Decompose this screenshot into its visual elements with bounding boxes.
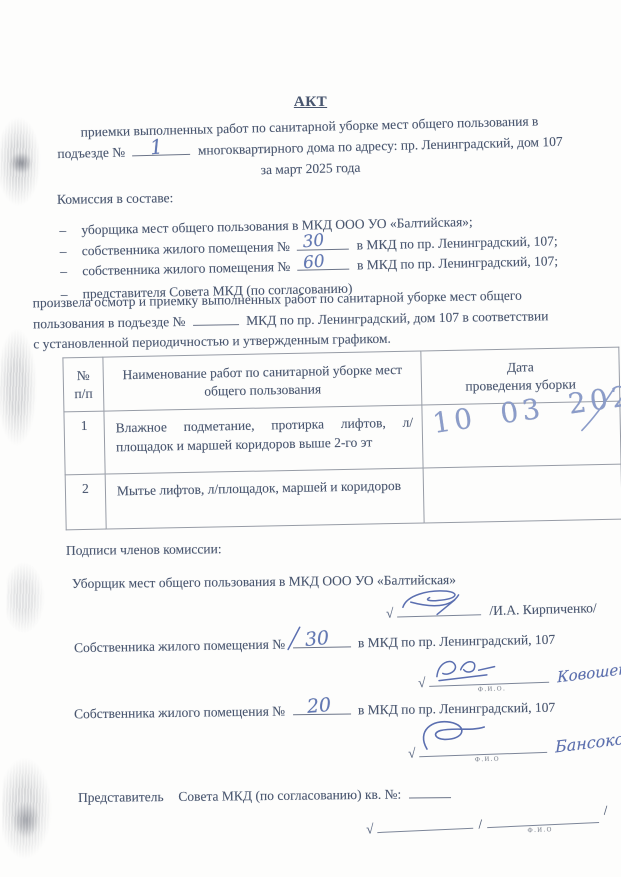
- signature-scribble: [430, 650, 501, 684]
- representative-apartment-blank: [409, 784, 451, 798]
- cleaner-signature-row: √ /И.А. Кирпиченко/: [386, 598, 597, 622]
- body-line-2-before: пользования в подъезде №: [33, 313, 186, 330]
- check-mark: √: [366, 821, 374, 837]
- signature-scribble: [395, 585, 484, 617]
- signature-scribble: [414, 713, 493, 756]
- owner1-handwritten-name: Ковошенкова: [557, 655, 621, 686]
- representative-label-part1: Представитель: [78, 789, 164, 805]
- document-title: АКТ: [294, 94, 327, 110]
- owner2-apartment-blank: 20: [292, 700, 350, 715]
- owner2-apartment-handwritten: 20: [306, 694, 332, 718]
- header-cell-work: Наименование работ по санитарной уборке …: [103, 351, 422, 411]
- owner1-signature-line: Ф.И.О.: [429, 669, 549, 687]
- owner2-signature-line: Ф.И.О: [419, 739, 547, 757]
- fio-label: Ф.И.О: [475, 755, 501, 763]
- apartment-number-blank: 30: [297, 235, 349, 250]
- entrance-number-blank-empty: [193, 311, 239, 326]
- owner1-label-before: Собственника жилого помещения №: [74, 637, 285, 656]
- slash-separator: /: [478, 816, 482, 832]
- dash-marker: –: [60, 241, 82, 262]
- document-page: АКТ приемки выполненных работ по санитар…: [0, 0, 621, 877]
- dash-marker: –: [60, 261, 82, 282]
- apartment-number-blank: 60: [297, 256, 349, 271]
- row2-work-text: Мытье лифтов, л/площадок, маршей и корид…: [107, 469, 423, 500]
- dash-marker: –: [59, 220, 81, 241]
- table-row: 1 Влажное подметание, протирка лифтов, л…: [64, 401, 621, 475]
- owner2-handwritten-name: Бансокова Т.Ч: [555, 723, 621, 757]
- representative-fio-line: Ф.И.О: [487, 809, 600, 828]
- representative-signature-line: [377, 815, 474, 833]
- row2-num: 2: [65, 474, 106, 530]
- check-mark: √: [418, 675, 426, 691]
- fio-label: Ф.И.О.: [478, 685, 507, 693]
- intro-line-2-before: подъезде №: [57, 145, 125, 162]
- entrance-number-blank: 1: [132, 141, 190, 156]
- owner2-label-before: Собственника жилого помещения №: [74, 703, 285, 721]
- pen-check-stroke: [285, 625, 301, 651]
- signatures-heading: Подписи членов комиссии:: [66, 541, 222, 559]
- member-text-before: собственника жилого помещения №: [82, 238, 290, 257]
- row1-date: 10 03 2025: [422, 401, 621, 468]
- apartment-number-handwritten: 30: [302, 230, 325, 252]
- row2-work: Мытье лифтов, л/площадок, маршей и корид…: [105, 468, 424, 529]
- row1-work: Влажное подметание, протирка лифтов, л/п…: [104, 405, 424, 474]
- pen-tail-stroke: [577, 388, 618, 435]
- header-num-line2: п/п: [65, 384, 102, 403]
- cleaner-signature-line: [397, 601, 481, 617]
- owner1-apartment-blank: 30: [292, 633, 350, 648]
- owner2-signature-row: √ Ф.И.О Бансокова Т.Ч: [408, 733, 621, 761]
- owner1-signature-row: √ Ф.И.О. Ковошенкова: [418, 665, 621, 692]
- row1-work-text: Влажное подметание, протирка лифтов, л/п…: [105, 406, 421, 470]
- works-table: № п/п Наименование работ по санитарной у…: [62, 347, 621, 531]
- commission-heading: Комиссия в составе:: [57, 190, 174, 208]
- slash-end: /: [603, 803, 607, 819]
- entrance-number-handwritten: 1: [149, 136, 164, 158]
- representative-signature-row: √ / Ф.И.О /: [366, 808, 614, 837]
- owner1-apartment-handwritten: 30: [304, 627, 330, 651]
- header-cell-num: № п/п: [63, 357, 104, 412]
- intro-paragraph: приемки выполненных работ по санитарной …: [29, 109, 590, 186]
- row2-date: [423, 464, 621, 523]
- apartment-number-handwritten: 60: [303, 251, 326, 273]
- member-text-after: в МКД по пр. Ленинградский, 107;: [357, 253, 558, 272]
- table-row: 2 Мытье лифтов, л/площадок, маршей и кор…: [65, 464, 621, 530]
- scan-smudge-bottom-dark: [8, 790, 44, 850]
- body-line-2-after: МКД по пр. Ленинградский, дом 107 в соот…: [246, 308, 548, 328]
- header-num-line1: №: [65, 366, 102, 385]
- cleaner-name: /И.А. Кирпиченко/: [489, 600, 597, 619]
- check-mark: √: [386, 606, 394, 622]
- fio-label: Ф.И.О: [527, 826, 553, 834]
- row1-num: 1: [64, 411, 105, 475]
- member-text-before: собственника жилого помещения №: [82, 259, 290, 278]
- owner1-label-after: в МКД по пр. Ленинградский, 107: [358, 632, 556, 650]
- member-text-after: в МКД по пр. Ленинградский, 107;: [356, 233, 557, 252]
- body-paragraph: произвела осмотр и приемку выполненных р…: [33, 285, 591, 355]
- representative-label-part2: Совета МКД (по согласованию) кв. №:: [178, 787, 401, 804]
- scan-smudge-lower-left: [6, 558, 48, 646]
- representative-label: Представитель Совета МКД (по согласовани…: [78, 784, 455, 806]
